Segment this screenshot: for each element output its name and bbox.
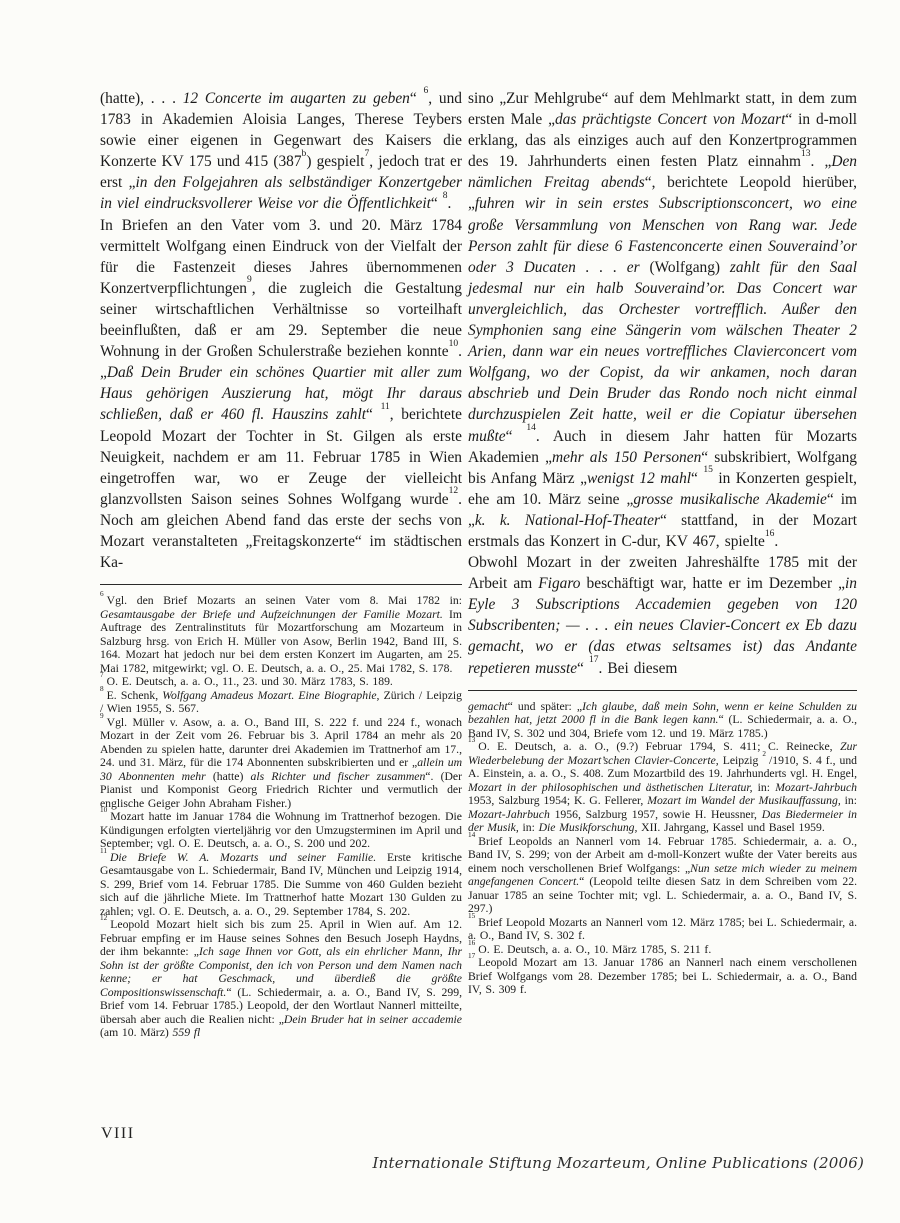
right-column: sino „Zur Mehlgrube“ auf dem Mehlmarkt s…: [468, 88, 857, 997]
text-segment: beschäftigt war, hatte er im Dezember „: [580, 575, 845, 592]
text-segment: das prächtigste Concert von Mozart: [555, 111, 785, 128]
footnote-marker: 2: [762, 750, 766, 758]
footnote-marker: 8: [443, 190, 448, 201]
footnote: 6Vgl. den Brief Mozarts an seinen Vater …: [100, 594, 462, 675]
footnote-number: 14: [468, 831, 475, 839]
footer-credit: Internationale Stiftung Mozarteum, Onlin…: [373, 1154, 864, 1172]
text-segment: in:: [519, 821, 539, 834]
text-segment: Mozart im Wandel der Musikauffassung,: [647, 794, 840, 807]
text-segment: “: [577, 660, 589, 677]
footnote: gemacht“ und später: „Ich glaube, daß me…: [468, 700, 857, 741]
text-segment: Vgl. den Brief Mozarts an seinen Vater v…: [107, 594, 462, 607]
text-segment: “ und später: „: [508, 700, 583, 713]
footnote-number: 15: [468, 912, 475, 920]
page-number: VIII: [101, 1125, 135, 1143]
text-segment: O. E. Deutsch, a. a. O., (9.?) Februar 1…: [478, 740, 840, 753]
text-segment: . Bei diesem: [598, 660, 677, 677]
footnote: 11Die Briefe W. A. Mozarts und seiner Fa…: [100, 851, 462, 919]
footnote-number: 7: [100, 671, 104, 679]
text-segment: Die Musikforschung,: [539, 821, 638, 834]
text-segment: (Wolfgang): [649, 259, 720, 276]
footnote-number: 13: [468, 736, 475, 744]
footnote: 13O. E. Deutsch, a. a. O., (9.?) Februar…: [468, 740, 857, 835]
footnote-number: 10: [100, 806, 107, 814]
text-segment: XII. Jahrgang, Kassel und Basel 1959.: [637, 821, 824, 834]
footnote: 7O. E. Deutsch, a. a. O., 11., 23. und 3…: [100, 675, 462, 689]
text-segment: in:: [841, 794, 857, 807]
footnote: 12Leopold Mozart hielt sich bis zum 25. …: [100, 918, 462, 1040]
text-segment: wenigst 12 mahl: [587, 470, 691, 487]
text-segment: gemacht: [468, 700, 508, 713]
footnote-marker: 15: [703, 464, 713, 475]
footnote-marker: 11: [381, 401, 390, 412]
footnote-marker: 9: [247, 274, 252, 285]
text-segment: 1956, Salzburg 1957, sowie H. Heussner,: [550, 808, 762, 821]
text-segment: Mozart-Jahrbuch: [468, 808, 550, 821]
footnote-number: 11: [100, 847, 107, 855]
footnote-marker: 14: [526, 422, 536, 433]
text-segment: Vgl. Müller v. Asow, a. a. O., Band III,…: [100, 716, 462, 770]
text-segment: k. k. National-Hof-Theater: [475, 512, 660, 529]
left-column-body: (hatte), . . . 12 Concerte im augarten z…: [100, 88, 462, 573]
left-column-footnotes: 6Vgl. den Brief Mozarts an seinen Vater …: [100, 594, 462, 1040]
text-segment: Brief Leopold Mozarts an Nannerl vom 12.…: [468, 916, 857, 943]
text-segment: (am 10. März): [100, 1026, 173, 1039]
right-column-footnotes: gemacht“ und später: „Ich glaube, daß me…: [468, 700, 857, 997]
footnote: 16O. E. Deutsch, a. a. O., 10. März 1785…: [468, 943, 857, 957]
text-segment: O. E. Deutsch, a. a. O., 11., 23. und 30…: [107, 675, 393, 688]
text-segment: Mozart hatte im Januar 1784 die Wohnung …: [100, 810, 462, 850]
footnote-marker: 16: [765, 528, 775, 539]
footnote-marker: 6: [424, 85, 429, 96]
footnote: 15Brief Leopold Mozarts an Nannerl vom 1…: [468, 916, 857, 943]
text-segment: Dein Bruder hat in seiner accademie: [284, 1013, 462, 1026]
footnote-number: 6: [100, 590, 104, 598]
text-segment: “: [691, 470, 703, 487]
text-segment: als Richter und fischer zusammen: [251, 770, 426, 783]
footnote-number: 17: [468, 952, 475, 960]
text-segment: 12 Concerte im augarten zu geben: [183, 90, 410, 107]
text-segment: “: [410, 90, 424, 107]
footnote-number: 9: [100, 712, 104, 720]
text-segment: E. Schenk,: [107, 689, 163, 702]
paragraph: In Briefen an den Vater vom 3. und 20. M…: [100, 215, 462, 574]
paragraph: sino „Zur Mehlgrube“ auf dem Mehlmarkt s…: [468, 88, 857, 552]
text-segment: ) gespielt: [306, 153, 364, 170]
footnote: 17Leopold Mozart am 13. Januar 1786 an N…: [468, 956, 857, 997]
text-segment: (hatte): [206, 770, 251, 783]
text-segment: Mozart in der philosophischen und ästhet…: [468, 781, 753, 794]
text-segment: in:: [753, 781, 776, 794]
footnote-marker: 17: [589, 654, 599, 665]
text-segment: 1953, Salzburg 1954; K. G. Fellerer,: [468, 794, 647, 807]
paragraph: Obwohl Mozart in der zweiten Jahreshälft…: [468, 552, 857, 679]
paragraph: (hatte), . . . 12 Concerte im augarten z…: [100, 88, 462, 215]
footnote: 9Vgl. Müller v. Asow, a. a. O., Band III…: [100, 716, 462, 811]
text-segment: Mozart-Jahrbuch: [775, 781, 857, 794]
footnote: 14Brief Leopolds an Nannerl vom 14. Febr…: [468, 835, 857, 916]
text-segment: . „: [811, 153, 832, 170]
footnote-marker: 13: [801, 148, 811, 159]
right-column-body: sino „Zur Mehlgrube“ auf dem Mehlmarkt s…: [468, 88, 857, 679]
text-segment: “: [366, 406, 381, 423]
footnote-rule-left: [100, 584, 462, 585]
text-segment: in den Folgejahren als selbständiger Kon…: [100, 174, 462, 212]
text-segment: Figaro: [538, 575, 580, 592]
left-column: (hatte), . . . 12 Concerte im augarten z…: [100, 88, 462, 1040]
text-segment: Leipzig: [719, 754, 763, 767]
footnote-number: 8: [100, 685, 104, 693]
text-segment: .: [774, 533, 778, 550]
text-segment: zahlt für den Saal jedesmal nur ein halb…: [468, 259, 857, 445]
footnote-number: 12: [100, 914, 107, 922]
text-segment: O. E. Deutsch, a. a. O., 10. März 1785, …: [478, 943, 711, 956]
footnote-marker: b: [302, 148, 307, 159]
footnote-rule-right: [468, 690, 857, 691]
text-segment: Die Briefe W. A. Mozarts und seiner Fami…: [110, 851, 376, 864]
footnote-number: 16: [468, 939, 475, 947]
text-segment: “: [506, 428, 527, 445]
footnote: 8E. Schenk, Wolfgang Amadeus Mozart. Ein…: [100, 689, 462, 716]
text-segment: grosse musikalische Akademie: [633, 491, 827, 508]
text-segment: mehr als 150 Personen: [552, 449, 701, 466]
text-segment: 559 fl: [173, 1026, 201, 1039]
text-segment: “: [431, 195, 443, 212]
text-segment: Leopold Mozart am 13. Januar 1786 an Nan…: [468, 956, 857, 996]
footnote-marker: 7: [364, 148, 369, 159]
footnote-marker: 12: [449, 485, 459, 496]
text-segment: .: [448, 195, 452, 212]
text-segment: Wolfgang Amadeus Mozart. Eine Biographie…: [162, 689, 379, 702]
text-segment: (hatte), . . .: [100, 90, 183, 107]
text-segment: Gesamtausgabe der Briefe und Aufzeichnun…: [100, 608, 443, 621]
footnote-marker: 10: [449, 338, 459, 349]
footnote: 10Mozart hatte im Januar 1784 die Wohnun…: [100, 810, 462, 851]
